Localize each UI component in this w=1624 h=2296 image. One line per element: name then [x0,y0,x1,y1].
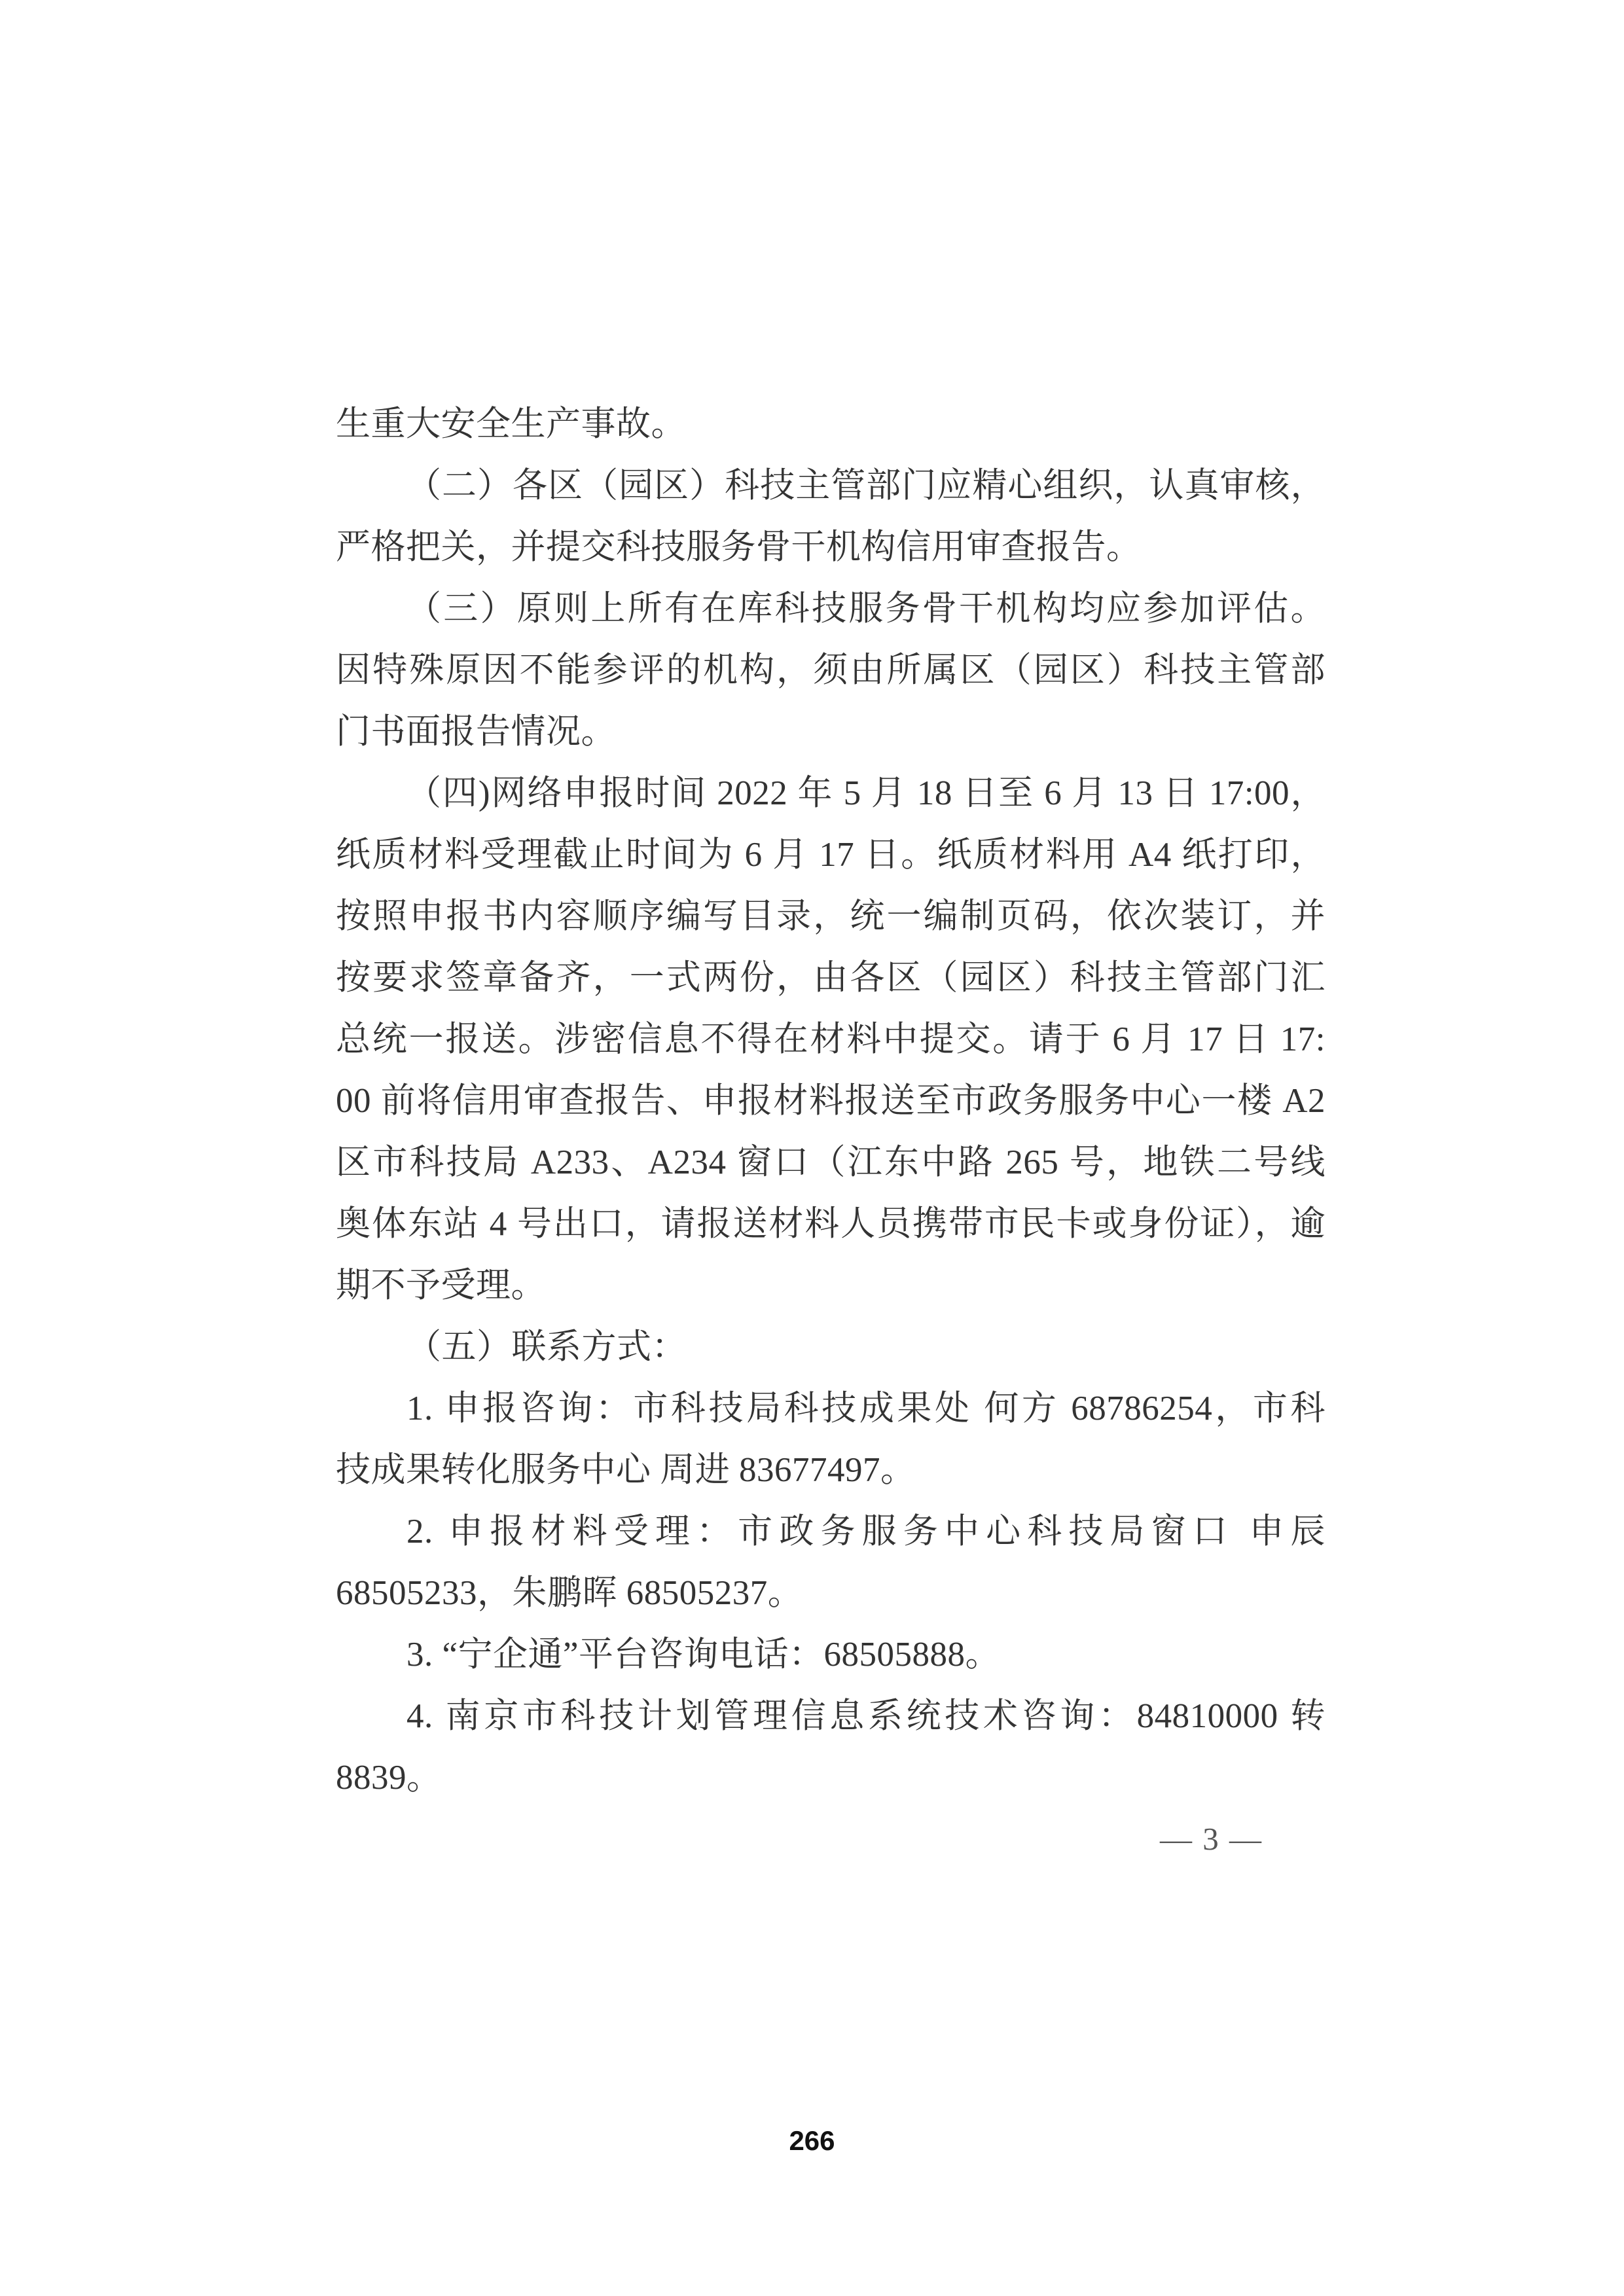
text-line: 严格把关，并提交科技服务骨干机构信用审查报告。 [336,516,1326,578]
text-line: 因特殊原因不能参评的机构，须由所属区（园区）科技主管部 [336,639,1326,701]
text-line: （四)网络申报时间 2022 年 5 月 18 日至 6 月 13 日 17:0… [336,762,1326,824]
text-line: 1. 申报咨询：市科技局科技成果处 何方 68786254，市科 [336,1378,1326,1439]
text-line: 3. “宁企通”平台咨询电话：68505888。 [336,1624,1326,1685]
sheet-number: 266 [0,2126,1624,2156]
text-line: 4. 南京市科技计划管理信息系统技术咨询：84810000 转 [336,1685,1326,1747]
text-line: 8839。 [336,1747,1326,1808]
document-body: 生重大安全生产事故。（二）各区（园区）科技主管部门应精心组织，认真审核，严格把关… [336,393,1326,1808]
text-line: （五）联系方式： [336,1316,1326,1378]
page-number: — 3 — [336,1808,1326,1870]
text-line: 奥体东站 4 号出口，请报送材料人员携带市民卡或身份证），逾 [336,1193,1326,1255]
text-line: 2. 申报材料受理：市政务服务中心科技局窗口 申辰 [336,1501,1326,1562]
text-line: 区市科技局 A233、A234 窗口（江东中路 265 号，地铁二号线 [336,1132,1326,1193]
text-line: 总统一报送。涉密信息不得在材料中提交。请于 6 月 17 日 17: [336,1009,1326,1070]
text-line: （二）各区（园区）科技主管部门应精心组织，认真审核， [336,455,1326,516]
text-line: 技成果转化服务中心 周进 83677497。 [336,1439,1326,1501]
text-line: 期不予受理。 [336,1255,1326,1316]
document-page: 生重大安全生产事故。（二）各区（园区）科技主管部门应精心组织，认真审核，严格把关… [0,0,1624,2296]
text-line: 00 前将信用审查报告、申报材料报送至市政务服务中心一楼 A2 [336,1070,1326,1132]
text-line: 门书面报告情况。 [336,701,1326,762]
text-line: 生重大安全生产事故。 [336,393,1326,455]
text-line: 纸质材料受理截止时间为 6 月 17 日。纸质材料用 A4 纸打印， [336,824,1326,886]
text-line: 按照申报书内容顺序编写目录，统一编制页码，依次装订，并 [336,886,1326,947]
text-line: 按要求签章备齐，一式两份，由各区（园区）科技主管部门汇 [336,947,1326,1009]
text-line: 68505233，朱鹏晖 68505237。 [336,1562,1326,1624]
text-line: （三）原则上所有在库科技服务骨干机构均应参加评估。 [336,578,1326,639]
